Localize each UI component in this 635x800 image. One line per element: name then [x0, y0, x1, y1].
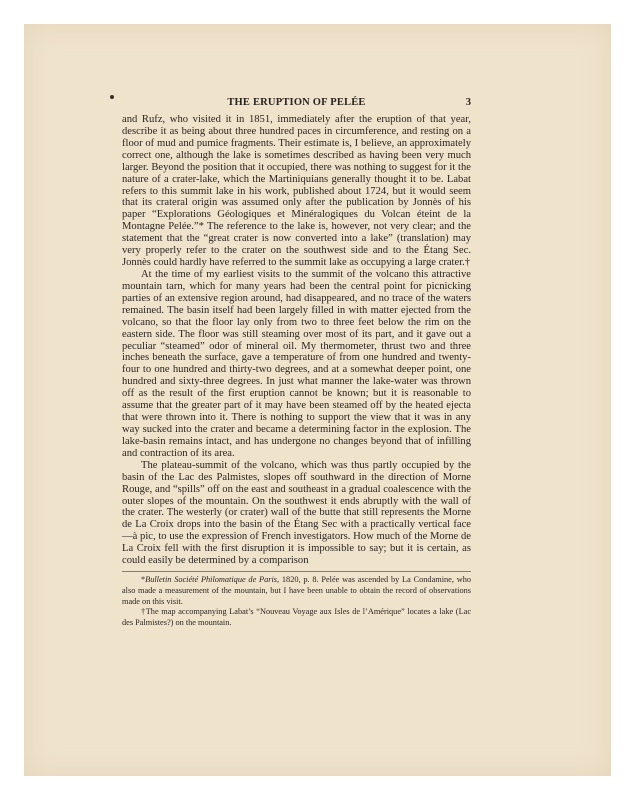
footnote-source: Bulletin Société Philomatique de Paris,	[145, 575, 279, 584]
paragraph: and Rufz, who visited it in 1851, immedi…	[122, 114, 471, 269]
running-title: THE ERUPTION OF PELÉE	[122, 97, 471, 108]
ink-speck	[110, 95, 114, 99]
footnotes: *Bulletin Société Philomatique de Paris,…	[122, 575, 471, 629]
footnote: *Bulletin Société Philomatique de Paris,…	[122, 575, 471, 607]
paragraph: The plateau-summit of the volcano, which…	[122, 460, 471, 567]
body-text: and Rufz, who visited it in 1851, immedi…	[122, 114, 471, 567]
page-number: 3	[466, 97, 471, 108]
paragraph: At the time of my earliest visits to the…	[122, 269, 471, 460]
footnote: †The map accompanying Labat’s “Nouveau V…	[122, 607, 471, 629]
footnote-text: The map accompanying Labat’s “Nouveau Vo…	[122, 607, 471, 627]
footnote-separator	[122, 571, 471, 572]
running-head: THE ERUPTION OF PELÉE 3	[122, 97, 471, 111]
